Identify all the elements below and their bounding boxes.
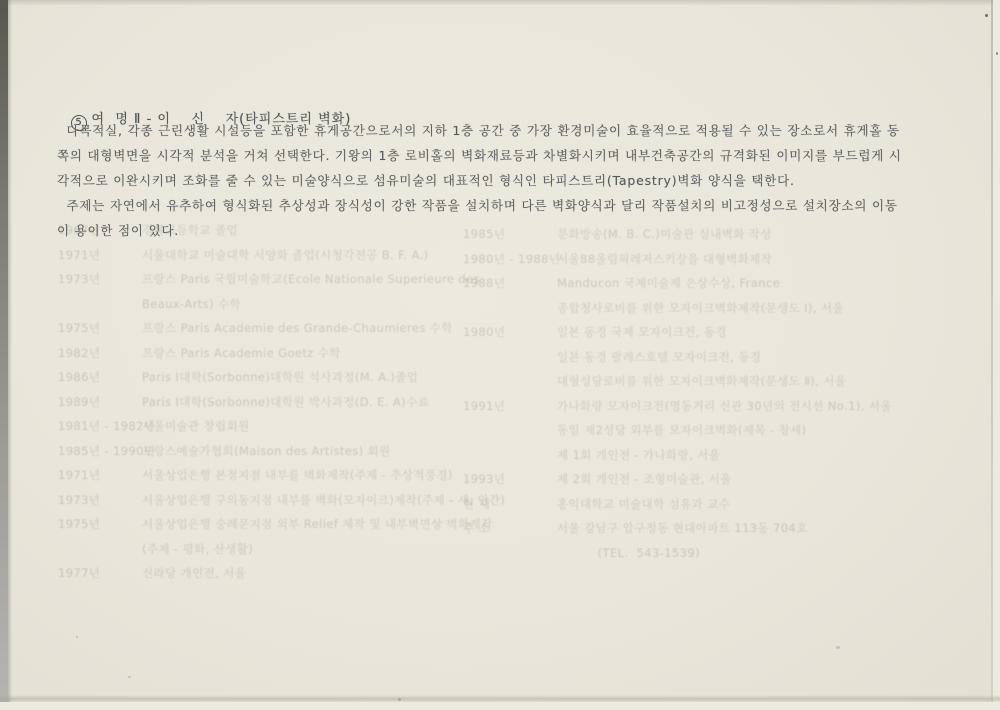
ghost-year <box>463 443 557 468</box>
scanned-document-page: 1967년 경복고등학교 졸업 1971년 서울대학교 미술대학 서양화 졸업(… <box>0 0 1000 710</box>
ghost-year: 1991년 <box>463 394 557 419</box>
ghost-text: Paris Ⅰ대학(Sorbonne)대학원 석사과정(M. A.)졸업 <box>142 365 418 390</box>
ghost-row: 1982년 프랑스 Paris Academie Goetz 수학 <box>58 341 478 366</box>
ghost-row: 1986년 Paris Ⅰ대학(Sorbonne)대학원 석사과정(M. A.)… <box>58 365 478 390</box>
ghost-year <box>463 541 557 566</box>
ghost-text: (주제 - 평화, 산생활) <box>142 537 253 562</box>
top-edge-shadow <box>0 0 1000 6</box>
section-title: 5여 명 Ⅱ - 이 신 자(타피스트리 벽화) <box>50 93 351 111</box>
paper-speck <box>985 14 988 17</box>
ghost-year: 1971년 <box>58 243 142 268</box>
ghost-year: 1973년 <box>58 267 142 292</box>
ghost-year: 1971년 <box>58 463 142 488</box>
ghost-row: 1980년 - 1988년 서울88올림픽레저스키장을 대형벽화제작 <box>463 247 983 272</box>
ghost-row: 1975년 서울상업은행 숭례문지점 외부 Relief 제작 및 내부벽면상 … <box>58 512 478 537</box>
left-edge-shadow <box>0 0 8 710</box>
right-edge-line <box>991 0 993 710</box>
ghost-row: 주 소 서울 강남구 압구정동 현대아파트 113동 704호 <box>463 516 983 541</box>
body-paragraph: 다목적실, 각종 근린생활 시설등을 포함한 휴게공간으로서의 지하 1층 공간… <box>57 118 945 243</box>
ghost-history-left-column: 1967년 경복고등학교 졸업 1971년 서울대학교 미술대학 서양화 졸업(… <box>58 218 478 586</box>
paper-speck <box>128 676 131 678</box>
ghost-text: 동일 제2성당 외부를 모자이크벽화(제목 - 창세) <box>557 418 806 443</box>
ghost-text: 서울 강남구 압구정동 현대아파트 113동 704호 <box>557 516 808 541</box>
ghost-text: 대형성당로비를 위한 모자이크벽화제작(문생도 Ⅱ), 서울 <box>557 369 846 394</box>
ghost-row: 1975년 프랑스 Paris Academie des Grande-Chau… <box>58 316 478 341</box>
paper-speck <box>996 52 998 55</box>
ghost-text: Manducon 국제미술제 은상수상, France <box>557 271 780 296</box>
ghost-row: 제 1회 개인전 - 가나화랑, 서울 <box>463 443 983 468</box>
ghost-row: 1985년 - 1990년 프랑스예술가협회(Maison des Artist… <box>58 439 478 464</box>
ghost-text: 서울미술관 창립회원 <box>142 414 250 439</box>
right-edge-paper <box>993 0 1000 710</box>
ghost-text: Paris Ⅰ대학(Sorbonne)대학원 박사과정(D. E. A)수료 <box>142 390 429 415</box>
ghost-row: 1989년 Paris Ⅰ대학(Sorbonne)대학원 박사과정(D. E. … <box>58 390 478 415</box>
ghost-year: 1986년 <box>58 365 142 390</box>
paragraph-line: 쪽의 대형벽면을 시각적 분석을 거쳐 선택한다. 기왕의 1층 로비홀의 벽화… <box>57 143 945 168</box>
ghost-row: 동일 제2성당 외부를 모자이크벽화(제목 - 창세) <box>463 418 983 443</box>
ghost-year: 1973년 <box>58 488 142 513</box>
ghost-row: 1993년 제 2회 개인전 - 조형미술관, 서울 <box>463 467 983 492</box>
ghost-row: 종합청사로비를 위한 모자이크벽화제작(문생도 Ⅰ), 서울 <box>463 296 983 321</box>
ghost-text: 일본 동경 팔레스호텔 모자이크전, 동경 <box>557 345 761 370</box>
ghost-text: 일본 동경 국제 모자이크전, 동경 <box>557 320 727 345</box>
ghost-year <box>463 296 557 321</box>
bottom-edge-paper <box>0 702 1000 710</box>
ghost-year: 1989년 <box>58 390 142 415</box>
ghost-year <box>463 369 557 394</box>
ghost-history-right-column: 1985년 문화방송(M. B. C.)미술관 실내벽화 작성 1980년 - … <box>463 222 983 565</box>
bottom-edge-shadow <box>0 695 1000 702</box>
ghost-year: 1982년 <box>58 341 142 366</box>
ghost-text: 서울상업은행 본점지점 내부를 벽화제작(주제 - 추상적풍경) <box>142 463 453 488</box>
ghost-text: Beaux-Arts) 수학 <box>142 292 241 317</box>
ghost-row: 1973년 프랑스 Paris 국립미술학교(Ecole Nationale S… <box>58 267 478 292</box>
ghost-row: 1981년 - 1982년 서울미술관 창립회원 <box>58 414 478 439</box>
ghost-text: 가나화랑 모자이크전(명동거리 신관 30년의 전시선 No.1), 서울 <box>557 394 892 419</box>
ghost-text: 서울상업은행 숭례문지점 외부 Relief 제작 및 내부벽면상 벽화제작 <box>142 512 493 537</box>
paragraph-line: 이 용이한 점이 있다. <box>57 218 945 243</box>
ghost-row: 1971년 서울대학교 미술대학 서양화 졸업(시청각전공 B. F. A.) <box>58 243 478 268</box>
ghost-text: 프랑스 Paris 국립미술학교(Ecole Nationale Superie… <box>142 267 480 292</box>
ghost-row: 1971년 서울상업은행 본점지점 내부를 벽화제작(주제 - 추상적풍경) <box>58 463 478 488</box>
ghost-year <box>463 418 557 443</box>
ghost-year: 1980년 - 1988년 <box>463 247 557 272</box>
paper-speck <box>76 636 78 638</box>
ghost-year: 1977년 <box>58 561 142 586</box>
ghost-year: 1981년 - 1982년 <box>58 414 142 439</box>
ghost-text: 서울상업은행 구의동지점 내부를 벽화(모자이크)제작(주제 - 새, 인간) <box>142 488 505 513</box>
ghost-year: 1985년 - 1990년 <box>58 439 142 464</box>
ghost-row: 1991년 가나화랑 모자이크전(명동거리 신관 30년의 전시선 No.1),… <box>463 394 983 419</box>
ghost-text: 프랑스 Paris Academie des Grande-Chaumieres… <box>142 316 453 341</box>
paragraph-line: 각적으로 이완시키며 조화를 줄 수 있는 미술양식으로 섬유미술의 대표적인 … <box>57 168 945 193</box>
ghost-year: 1993년 <box>463 467 557 492</box>
ghost-text: 제 2회 개인전 - 조형미술관, 서울 <box>557 467 732 492</box>
ghost-text: 서울대학교 미술대학 서양화 졸업(시청각전공 B. F. A.) <box>142 243 428 268</box>
paragraph-line: 다목적실, 각종 근린생활 시설등을 포함한 휴게공간으로서의 지하 1층 공간… <box>57 118 945 143</box>
ghost-text: 서울88올림픽레저스키장을 대형벽화제작 <box>557 247 772 272</box>
ghost-text: 홍익대학교 미술대학 섬유과 교수 <box>557 492 730 517</box>
ghost-text: 프랑스 Paris Academie Goetz 수학 <box>142 341 341 366</box>
ghost-row: 대형성당로비를 위한 모자이크벽화제작(문생도 Ⅱ), 서울 <box>463 369 983 394</box>
ghost-row: 1977년 신라당 개인전, 서울 <box>58 561 478 586</box>
ghost-text: 제 1회 개인전 - 가나화랑, 서울 <box>557 443 720 468</box>
ghost-text: (TEL. 543-1539) <box>557 541 700 566</box>
ghost-year <box>58 537 142 562</box>
ghost-row: 1980년 일본 동경 국제 모자이크전, 동경 <box>463 320 983 345</box>
ghost-row: 1973년 서울상업은행 구의동지점 내부를 벽화(모자이크)제작(주제 - 새… <box>58 488 478 513</box>
ghost-year: 현 재 <box>463 492 557 517</box>
ghost-year <box>58 292 142 317</box>
ghost-year: 1988년 <box>463 271 557 296</box>
ghost-year: 1975년 <box>58 316 142 341</box>
ghost-text: 신라당 개인전, 서울 <box>142 561 246 586</box>
ghost-row: (주제 - 평화, 산생활) <box>58 537 478 562</box>
left-edge-fade <box>8 0 12 710</box>
ghost-row: 1988년 Manducon 국제미술제 은상수상, France <box>463 271 983 296</box>
ghost-row: 현 재 홍익대학교 미술대학 섬유과 교수 <box>463 492 983 517</box>
ghost-row: Beaux-Arts) 수학 <box>58 292 478 317</box>
ghost-year: 1975년 <box>58 512 142 537</box>
ghost-year: 주 소 <box>463 516 557 541</box>
ghost-row: (TEL. 543-1539) <box>463 541 983 566</box>
ghost-year <box>463 345 557 370</box>
ghost-text: 프랑스예술가협회(Maison des Artistes) 회원 <box>142 439 391 464</box>
paper-speck <box>398 698 401 701</box>
paragraph-line: 주제는 자연에서 유추하여 형식화된 추상성과 장식성이 강한 작품을 설치하며… <box>57 193 945 218</box>
ghost-row: 일본 동경 팔레스호텔 모자이크전, 동경 <box>463 345 983 370</box>
paper-speck <box>836 646 840 649</box>
ghost-year: 1980년 <box>463 320 557 345</box>
ghost-text: 종합청사로비를 위한 모자이크벽화제작(문생도 Ⅰ), 서울 <box>557 296 844 321</box>
